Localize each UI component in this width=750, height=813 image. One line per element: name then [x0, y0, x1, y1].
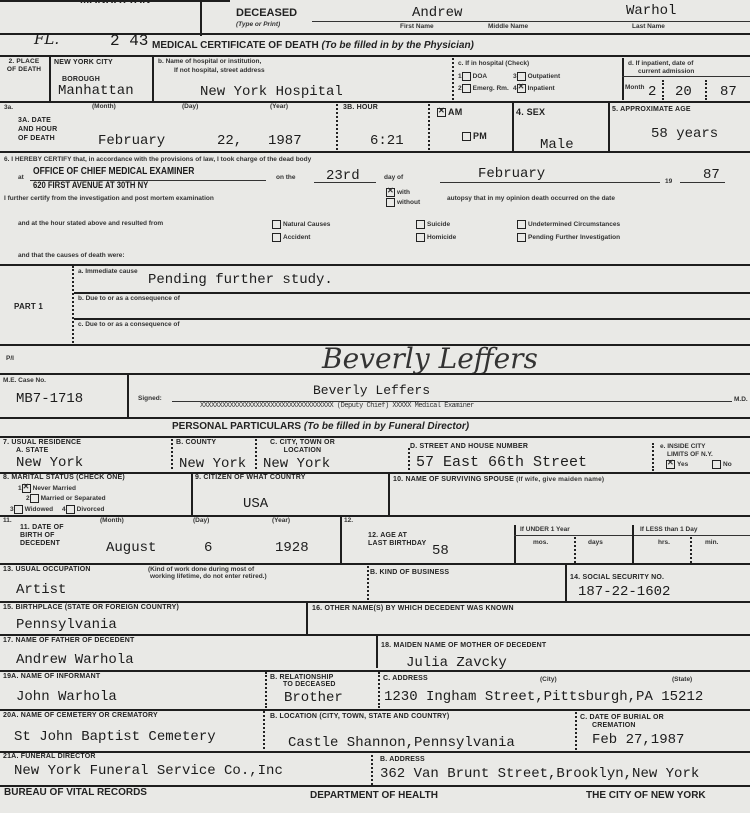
funeral-director-label: 21a. FUNERAL DIRECTOR — [3, 753, 96, 761]
inside-city-no-checkbox[interactable] — [712, 460, 721, 469]
personal-particulars-title: PERSONAL PARTICULARS (To be filled in by… — [172, 421, 469, 432]
hospital-label-1: b. Name of hospital or institution, — [158, 58, 261, 66]
informant-value: John Warhola — [16, 689, 117, 705]
admission-day: 20 — [675, 84, 692, 100]
manner-accident[interactable]: Accident — [272, 233, 310, 242]
citizen-value: USA — [243, 496, 268, 512]
hospital-option-inpatient[interactable]: 4Inpatient — [513, 84, 555, 93]
age-last-birthday: 58 — [432, 543, 449, 559]
marital-never-married[interactable]: 1Never Married — [18, 484, 76, 493]
occupation-note-2: working lifetime, do not enter retired.) — [150, 573, 267, 581]
date-of-death-label: 3a. DATE AND HOUR OF DEATH — [18, 116, 68, 143]
relationship-label-2: TO DECEASED — [283, 681, 336, 689]
certify-month: February — [478, 166, 545, 182]
admission-label-2: current admission — [638, 68, 694, 76]
physician-signature: Beverly Leffers — [322, 342, 538, 375]
year-col-label: (Year) — [270, 103, 288, 111]
immediate-cause-label: a. Immediate cause — [78, 268, 138, 276]
footer-department: DEPARTMENT OF HEALTH — [310, 790, 438, 801]
ssn-value: 187-22-1602 — [578, 584, 670, 600]
under-day-label: If LESS than 1 Day — [640, 526, 697, 534]
certify-at-address: 620 FIRST AVENUE AT 30TH NY — [33, 180, 148, 190]
ssn-label: 14. SOCIAL SECURITY NO. — [570, 574, 664, 582]
with-option[interactable]: with — [386, 188, 410, 197]
middle-name-label: Middle Name — [488, 23, 528, 31]
inside-city-yes-checkbox-checked[interactable] — [666, 460, 675, 469]
mother-label: 18. MAIDEN NAME OF MOTHER OF DECEDENT — [381, 642, 546, 650]
inside-city-label-2: LIMITS OF N.Y. — [667, 451, 713, 459]
signed-label: Signed: — [138, 395, 162, 403]
examiner-title-line: XXXXXXXXXXXXXXXXXXXXXXXXXXXXXXXXXXXX (De… — [200, 402, 474, 410]
state-label: a. STATE — [16, 447, 48, 455]
causes-label: and that the causes of death were: — [18, 252, 125, 260]
never-married-checkbox-checked[interactable] — [22, 484, 31, 493]
hospital-value: New York Hospital — [200, 84, 343, 100]
deceased-label: DECEASED — [236, 7, 297, 19]
county-label: b. COUNTY — [176, 439, 216, 447]
hrs-label: hrs. — [658, 539, 670, 547]
father-value: Andrew Warhola — [16, 652, 134, 668]
manner-pending[interactable]: Pending Further Investigation — [517, 233, 620, 242]
nyc-label: NEW YORK CITY — [54, 59, 113, 67]
accident-checkbox[interactable] — [272, 233, 281, 242]
hospital-option-emerg[interactable]: 2Emerg. Rm. — [458, 84, 509, 93]
nineteen-label: 19 — [665, 178, 672, 186]
death-day: 22, — [217, 133, 242, 149]
marital-divorced[interactable]: 4Divorced — [62, 505, 104, 514]
am-option[interactable]: AM — [437, 108, 462, 117]
state-col-label: (State) — [672, 676, 692, 684]
approx-age-value: 58 years — [651, 126, 718, 142]
marital-married[interactable]: 2Married or Separated — [26, 494, 106, 503]
admission-label-1: d. If inpatient, date of — [628, 60, 693, 68]
occupation-value: Artist — [16, 582, 66, 598]
manner-suicide[interactable]: Suicide — [416, 220, 450, 229]
without-checkbox[interactable] — [386, 198, 395, 207]
dob-month: August — [106, 540, 156, 556]
handwritten-mark: FL. — [34, 30, 59, 48]
doa-checkbox[interactable] — [462, 72, 471, 81]
days-label: days — [588, 539, 603, 547]
residence-street: 57 East 66th Street — [416, 455, 587, 471]
residence-label: 7. USUAL RESIDENCE — [3, 439, 81, 447]
type-or-print-label: (Type or Print) — [236, 21, 280, 29]
day-col-label: (Day) — [182, 103, 198, 111]
certify-at-value: OFFICE OF CHIEF MEDICAL EXAMINER — [33, 166, 194, 177]
last-name-value: Warhol — [626, 3, 676, 19]
admission-month-label: Month — [625, 84, 645, 92]
part-2-fragment: P/I — [6, 355, 14, 363]
admission-year: 87 — [720, 84, 737, 100]
physician-note: (To be filled in by the Physician) — [321, 40, 473, 51]
cemetery-value: St John Baptist Cemetery — [14, 729, 216, 745]
certificate-number: 2 43 — [110, 32, 148, 50]
dob-year: 1928 — [275, 540, 309, 556]
occupation-label: 13. USUAL OCCUPATION — [3, 566, 91, 574]
emerg-checkbox[interactable] — [462, 84, 471, 93]
city-col-label: (City) — [540, 676, 557, 684]
residence-city: New York — [263, 456, 330, 472]
death-month: February — [98, 133, 165, 149]
without-option[interactable]: without — [386, 198, 420, 207]
autopsy-label: autopsy that in my opinion death occurre… — [447, 195, 615, 203]
if-hospital-label: c. If in hospital (Check) — [458, 60, 529, 68]
me-case-value: MB7-1718 — [16, 391, 83, 407]
undetermined-checkbox[interactable] — [517, 220, 526, 229]
on-the-label: on the — [276, 174, 296, 182]
resulted-from-label: and at the hour stated above and resulte… — [18, 220, 163, 228]
dob-year-label: (Year) — [272, 517, 290, 525]
dob-day-label: (Day) — [193, 517, 209, 525]
first-name-label: First Name — [400, 23, 434, 31]
admission-month: 2 — [648, 84, 656, 100]
residence-county: New York — [179, 456, 246, 472]
min-label: min. — [705, 539, 718, 547]
funeral-director-note: (To be filled in by Funeral Director) — [304, 421, 469, 432]
marital-status-label: 8. MARITAL STATUS (Check One) — [3, 474, 125, 482]
informant-address: 1230 Ingham Street,Pittsburgh,PA 15212 — [384, 689, 703, 705]
death-hour: 6:21 — [370, 133, 404, 149]
relationship-value: Brother — [284, 690, 343, 706]
mos-label: mos. — [533, 539, 548, 547]
street-label: d. STREET AND HOUSE NUMBER — [410, 443, 528, 451]
certify-line: 6. I HEREBY CERTIFY that, in accordance … — [4, 156, 311, 164]
under-year-label: If UNDER 1 Year — [520, 526, 570, 534]
marital-widowed[interactable]: 3Widowed — [10, 505, 53, 514]
homicide-checkbox[interactable] — [416, 233, 425, 242]
informant-label: 19a. NAME OF INFORMANT — [3, 673, 100, 681]
inpatient-checkbox-checked[interactable] — [517, 84, 526, 93]
am-checkbox-checked[interactable] — [437, 108, 446, 117]
fd-address-value: 362 Van Brunt Street,Brooklyn,New York — [380, 766, 699, 782]
certify-year: 87 — [703, 167, 720, 183]
mother-value: Julia Zavcky — [406, 655, 507, 671]
outpatient-checkbox[interactable] — [517, 72, 526, 81]
sex-label: 4. SEX — [516, 108, 545, 116]
married-checkbox[interactable] — [30, 494, 39, 503]
city-label: c. CITY, TOWN OR LOCATION — [260, 439, 345, 455]
death-certificate: MANHATTAN DECEASED (Type or Print) Andre… — [0, 0, 750, 813]
pm-checkbox[interactable] — [462, 132, 471, 141]
location-label: b. LOCATION (City, Town, State and Count… — [270, 713, 449, 721]
hospital-option-outpatient[interactable]: 3Outpatient — [513, 72, 560, 81]
top-left-fragment: MANHATTAN — [80, 0, 150, 4]
with-checkbox-checked[interactable] — [386, 188, 395, 197]
birthplace-value: Pennsylvania — [16, 617, 117, 633]
last-name-label: Last Name — [632, 23, 665, 31]
spouse-label: 10. NAME OF SURVIVING SPOUSE (If wife, g… — [393, 476, 604, 484]
dob-month-label: (Month) — [100, 517, 124, 525]
manner-homicide[interactable]: Homicide — [416, 233, 456, 242]
approx-age-label: 5. APPROXIMATE AGE — [612, 106, 691, 114]
dob-day: 6 — [204, 540, 212, 556]
inside-city-yes[interactable]: Yes — [666, 460, 688, 469]
first-name-value: Andrew — [412, 5, 462, 21]
cause-c-label: c. Due to or as a consequence of — [78, 321, 180, 329]
funeral-director-value: New York Funeral Service Co.,Inc — [14, 763, 283, 779]
place-of-death-label: 2. PLACE OF DEATH — [3, 58, 45, 74]
cause-b-label: b. Due to or as a consequence of — [78, 295, 180, 303]
kind-of-business-label: b. KIND OF BUSINESS — [370, 569, 449, 577]
manner-natural[interactable]: Natural Causes — [272, 220, 330, 229]
widowed-checkbox[interactable] — [14, 505, 23, 514]
part-1-label: PART 1 — [14, 303, 43, 311]
borough-value: Manhattan — [58, 83, 134, 99]
burial-date-label-1: c. DATE OF BURIAL OR — [580, 714, 664, 722]
fd-address-label: b. ADDRESS — [380, 756, 425, 764]
md-label: M.D. — [734, 396, 748, 404]
burial-date-value: Feb 27,1987 — [592, 732, 684, 748]
burial-date-label-2: CREMATION — [592, 722, 636, 730]
pm-option[interactable]: PM — [462, 132, 487, 141]
citizen-label: 9. CITIZEN OF WHAT COUNTRY — [195, 474, 306, 482]
hospital-label-2: If not hospital, street address — [174, 67, 265, 75]
suicide-checkbox[interactable] — [416, 220, 425, 229]
immediate-cause-value: Pending further study. — [148, 272, 333, 288]
signer-typed-name: Beverly Leffers — [313, 383, 430, 399]
month-col-label: (Month) — [92, 103, 116, 111]
other-names-label: 16. OTHER NAME(S) BY WHICH DECEDENT WAS … — [312, 605, 514, 613]
father-label: 17. NAME OF FATHER OF DECEDENT — [3, 637, 135, 645]
dob-label: 11. DATE OF BIRTH OF DECEDENT — [20, 524, 76, 548]
location-value: Castle Shannon,Pennsylvania — [288, 735, 515, 751]
natural-causes-checkbox[interactable] — [272, 220, 281, 229]
day-of-label: day of — [384, 174, 403, 182]
at-label: at — [18, 174, 24, 182]
residence-state: New York — [16, 455, 83, 471]
inside-city-no[interactable]: No — [712, 460, 732, 469]
age-last-birthday-label: 12. AGE AT LAST BIRTHDAY — [368, 532, 428, 548]
informant-address-label: c. ADDRESS — [383, 675, 428, 683]
medical-certificate-title: MEDICAL CERTIFICATE OF DEATH (To be fill… — [152, 40, 474, 51]
pending-investigation-checkbox[interactable] — [517, 233, 526, 242]
footer-city: THE CITY OF NEW YORK — [586, 790, 706, 801]
inside-city-label-1: e. INSIDE CITY — [660, 443, 706, 451]
birthplace-label: 15. BIRTHPLACE (State or Foreign Country… — [3, 604, 179, 612]
manner-undetermined[interactable]: Undetermined Circumstances — [517, 220, 620, 229]
further-certify-label: I further certify from the investigation… — [4, 195, 214, 203]
death-year: 1987 — [268, 133, 302, 149]
divorced-checkbox[interactable] — [66, 505, 75, 514]
footer-bureau: BUREAU OF VITAL RECORDS — [4, 787, 147, 798]
hour-label: 3b. HOUR — [343, 104, 378, 112]
hospital-option-doa[interactable]: 1DOA — [458, 72, 487, 81]
cemetery-label: 20a. NAME OF CEMETERY OR CREMATORY — [3, 712, 158, 720]
me-case-label: M.E. Case No. — [3, 377, 46, 385]
